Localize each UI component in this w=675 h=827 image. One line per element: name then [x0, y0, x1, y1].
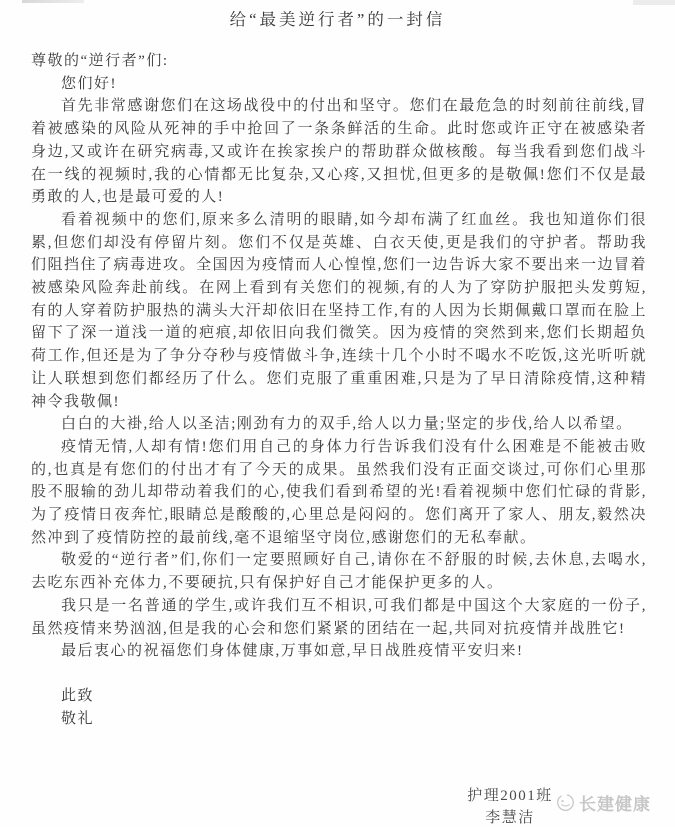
letter-paragraph: 疫情无情,人却有情!您们用自己的身体力行告诉我们没有什么困难是不能被击败的,也真… — [31, 436, 647, 550]
letter-closing: 此致 敬礼 — [31, 685, 647, 730]
letter-page: 给“最美逆行者”的一封信 尊敬的“逆行者”们: 您们好! 首先非常感谢您们在这场… — [0, 0, 675, 827]
letter-salutation: 尊敬的“逆行者”们: — [31, 50, 647, 73]
watermark-text: 长建健康 — [579, 790, 651, 815]
letter-paragraph: 首先非常感谢您们在这场战役中的付出和坚守。您们在最危急的时刻前往前线,冒着被感染… — [31, 95, 647, 209]
letter-paragraph: 白白的大褂,给人以圣洁;刚劲有力的双手,给人以力量;坚定的步伐,给人以希望。 — [31, 413, 647, 436]
letter-body: 尊敬的“逆行者”们: 您们好! 首先非常感谢您们在这场战役中的付出和坚守。您们在… — [31, 50, 647, 730]
letter-paragraph: 我只是一名普通的学生,或许我们互不相识,可我们都是中国这个大家庭的一份子,虽然疫… — [31, 595, 647, 640]
letter-greeting: 您们好! — [31, 73, 647, 96]
signature-author: 李慧洁 — [455, 807, 565, 827]
watermark: 长建健康 — [556, 790, 651, 815]
letter-paragraph: 看着视频中的您们,原来多么清明的眼睛,如今却布满了红血丝。我也知道你们很累,但您… — [31, 209, 647, 413]
scan-artifact-top-left — [22, 0, 84, 3]
closing-cizhi: 此致 — [31, 685, 647, 708]
letter-paragraph: 敬爱的“逆行者”们,你们一定要照顾好自己,请你在不舒服的时候,去休息,去喝水,去… — [31, 549, 647, 594]
letter-paragraph: 最后衷心的祝福您们身体健康,万事如意,早日战胜疫情平安归来! — [31, 640, 647, 663]
scan-artifact-top-right — [633, 0, 675, 5]
watermark-logo-icon — [556, 793, 575, 812]
letter-title: 给“最美逆行者”的一封信 — [0, 0, 675, 30]
signature-class: 护理2001班 — [455, 785, 565, 807]
signature-block: 护理2001班 李慧洁 — [455, 785, 565, 827]
closing-jingli: 敬礼 — [31, 708, 647, 731]
